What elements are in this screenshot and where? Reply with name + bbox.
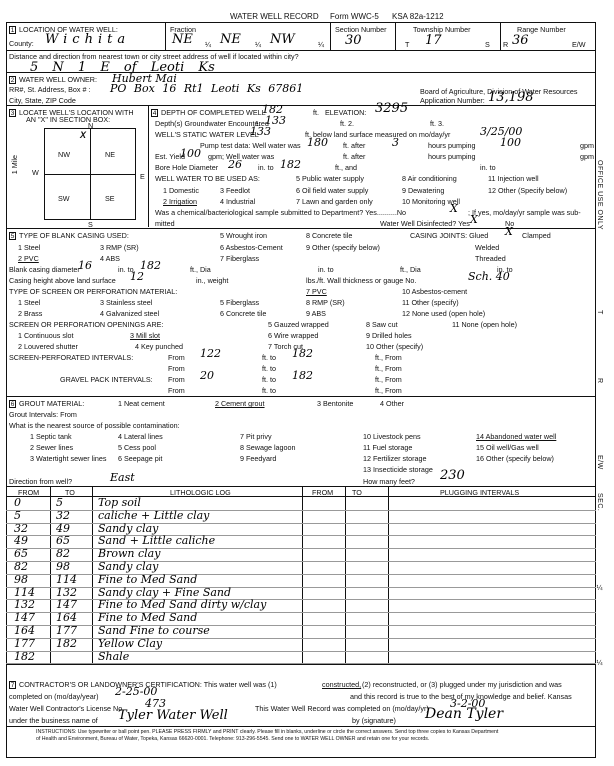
log-from[interactable]: 147 — [14, 611, 35, 624]
gravel-to-field[interactable]: 182 — [292, 369, 313, 382]
county-label: County: — [9, 39, 34, 48]
section-5-heading: 5TYPE OF BLANK CASING USED: — [9, 231, 129, 240]
address-field[interactable]: PO Box 16 Rt1 Leoti Ks 67861 — [110, 82, 303, 95]
form-number: Form WWC-5 — [330, 12, 379, 21]
section-6-heading: 6GROUT MATERIAL: — [9, 399, 84, 408]
log-description[interactable]: Brown clay — [98, 547, 160, 560]
blank-diameter-field[interactable]: 16 — [78, 259, 92, 272]
pump-hours-field[interactable]: 3 — [392, 136, 399, 149]
instructions-line-1: INSTRUCTIONS: Use typewriter or ball poi… — [36, 729, 498, 735]
bore-depth-field[interactable]: 182 — [280, 158, 301, 171]
disinfected-yes[interactable]: X — [470, 213, 478, 226]
yield-field[interactable]: 100 — [180, 147, 201, 160]
log-from[interactable]: 98 — [14, 573, 28, 586]
joints-glued[interactable]: X — [505, 225, 513, 238]
log-from[interactable]: 5 — [14, 509, 21, 522]
log-from[interactable]: 49 — [14, 534, 28, 547]
log-to[interactable]: 49 — [56, 522, 70, 535]
section-4-heading: 4DEPTH OF COMPLETED WELL — [151, 108, 266, 117]
fraction-2[interactable]: NE — [220, 32, 241, 47]
log-description[interactable]: Fine to Med Sand — [98, 573, 197, 586]
address-label: RR#, St. Address, Box # : — [9, 85, 91, 94]
township-field[interactable]: 17 — [425, 33, 442, 48]
log-to[interactable]: 82 — [56, 547, 70, 560]
pump-level-field[interactable]: 180 — [307, 136, 328, 149]
log-from[interactable]: 182 — [14, 650, 35, 663]
log-to[interactable]: 132 — [56, 586, 77, 599]
casing-height-field[interactable]: 12 — [130, 270, 144, 283]
use-irrigation-selected[interactable]: 2 Irrigation — [163, 197, 197, 206]
section-number-field[interactable]: 30 — [345, 33, 362, 48]
log-description[interactable]: Sand + Little caliche — [98, 534, 215, 547]
elevation-field[interactable]: 3295 — [375, 101, 408, 116]
application-number[interactable]: 13,198 — [488, 90, 534, 105]
log-to[interactable]: 5 — [56, 496, 63, 509]
log-description[interactable]: Sandy clay + Fine Sand — [98, 586, 231, 599]
log-from[interactable]: 65 — [14, 547, 28, 560]
office-use-label: OFFICE USE ONLY — [596, 160, 603, 230]
city-label: City, State, ZIP Code — [9, 96, 76, 105]
range-field[interactable]: 36 — [512, 33, 529, 48]
log-to[interactable]: 164 — [56, 611, 77, 624]
log-to[interactable]: 182 — [56, 637, 77, 650]
county-field[interactable]: Wichita — [45, 32, 130, 47]
casing-pvc-selected[interactable]: 2 PVC — [18, 254, 39, 263]
log-from[interactable]: 177 — [14, 637, 35, 650]
log-from[interactable]: 82 — [14, 560, 28, 573]
scale-label: 1 Mile — [10, 155, 19, 174]
distance-feet-field[interactable]: 230 — [440, 468, 465, 483]
log-from[interactable]: 164 — [14, 624, 35, 637]
bore-diameter-field[interactable]: 26 — [228, 158, 242, 171]
contam-abandoned-well-selected[interactable]: 14 Abandoned water well — [476, 432, 556, 441]
log-to[interactable]: 147 — [56, 598, 77, 611]
signature-field[interactable]: Dean Tyler — [425, 706, 503, 722]
log-to[interactable]: 114 — [56, 573, 77, 586]
log-description[interactable]: Sandy clay — [98, 560, 158, 573]
statute: KSA 82a-1212 — [392, 12, 444, 21]
instructions-line-2: of Health and Environment, Bureau of Wat… — [36, 736, 429, 742]
screen-to-field[interactable]: 182 — [292, 347, 313, 360]
form-title: WATER WELL RECORD — [230, 12, 319, 21]
constructed-selected[interactable]: constructed, — [322, 680, 361, 689]
log-description[interactable]: caliche + Little clay — [98, 509, 209, 522]
static-level-field[interactable]: 133 — [250, 125, 271, 138]
chem-sample-no[interactable]: X — [450, 202, 458, 215]
log-to[interactable]: 98 — [56, 560, 70, 573]
log-description[interactable]: Yellow Clay — [98, 637, 162, 650]
section-2-heading: 2WATER WELL OWNER: — [9, 75, 97, 84]
pump-rate-field[interactable]: 100 — [500, 136, 521, 149]
business-name-field[interactable]: Tyler Water Well — [118, 708, 228, 723]
gauge-field[interactable]: Sch. 40 — [468, 270, 510, 283]
gravel-from-field[interactable]: 20 — [200, 369, 214, 382]
screen-pvc-selected[interactable]: 7 PVC — [306, 287, 327, 296]
log-to[interactable]: 177 — [56, 624, 77, 637]
log-description[interactable]: Sandy clay — [98, 522, 158, 535]
well-location-mark: X — [80, 130, 86, 140]
log-from[interactable]: 0 — [14, 496, 21, 509]
fraction-3[interactable]: NW — [270, 32, 295, 47]
application-label: Application Number: — [420, 96, 485, 105]
screen-from-field[interactable]: 122 — [200, 347, 221, 360]
log-from[interactable]: 32 — [14, 522, 28, 535]
log-description[interactable]: Shale — [98, 650, 129, 663]
opening-mill-slot-selected[interactable]: 3 Mill slot — [130, 331, 160, 340]
log-from[interactable]: 114 — [14, 586, 35, 599]
log-description[interactable]: Sand Fine to course — [98, 624, 210, 637]
log-from[interactable]: 132 — [14, 598, 35, 611]
log-to[interactable]: 32 — [56, 509, 70, 522]
grout-cement-selected[interactable]: 2 Cement grout — [215, 399, 265, 408]
fraction-1[interactable]: NE — [172, 32, 193, 47]
log-description[interactable]: Fine to Med Sand dirty w/clay — [98, 598, 266, 611]
direction-field[interactable]: East — [110, 471, 135, 484]
log-description[interactable]: Fine to Med Sand — [98, 611, 197, 624]
log-to[interactable]: 65 — [56, 534, 70, 547]
log-description[interactable]: Top soil — [98, 496, 141, 509]
